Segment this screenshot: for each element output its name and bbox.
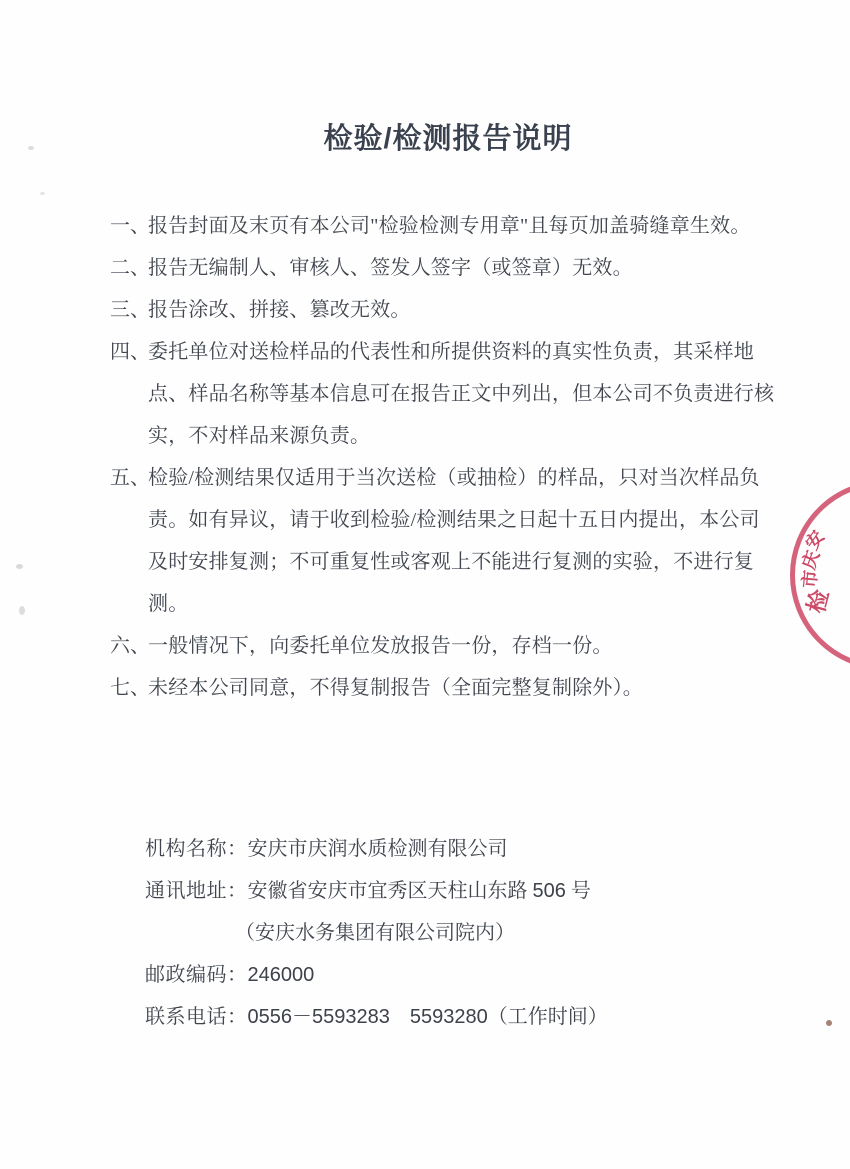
item-text: 一般情况下，向委托单位发放报告一份，存档一份。 [148,625,810,667]
postal-code-value: 246000 [248,964,315,986]
scan-speck [40,192,45,195]
address-street-number: 506 [533,880,566,902]
list-item: 三、 报告涂改、拼接、篡改无效。 [0,289,810,331]
scan-speck [19,606,25,615]
item-number: 一、 [110,205,150,247]
phone-hours-note: （工作时间） [488,1006,608,1028]
item-number: 七、 [110,667,150,709]
item-text: 测。 [148,583,810,625]
item-text: 报告封面及末页有本公司"检验检测专用章"且每页加盖骑缝章生效。 [148,205,810,247]
scan-speck [28,146,34,150]
postal-line: 邮政编码：246000 [145,954,795,996]
phone-line: 联系电话：0556－5593283 5593280（工作时间） [145,996,795,1038]
scan-speck [16,564,23,569]
list-item: 六、 一般情况下，向委托单位发放报告一份，存档一份。 [0,625,810,667]
phone-label: 联系电话： [145,1006,248,1028]
item-text: 委托单位对送检样品的代表性和所提供资料的真实性负责，其采样地 [148,331,810,373]
seal-character: 市 [800,569,820,589]
report-notes-page: 检验/检测报告说明 一、 报告封面及末页有本公司"检验检测专用章"且每页加盖骑缝… [0,0,850,1169]
item-number: 三、 [110,289,150,331]
org-name-label: 机构名称： [145,838,248,860]
address-value: 安徽省安庆市宜秀区天柱山东路 [248,880,533,902]
item-text: 检验/检测结果仅适用于当次送检（或抽检）的样品，只对当次样品负 [148,457,810,499]
scan-speck [826,1020,832,1026]
list-item: 四、 委托单位对送检样品的代表性和所提供资料的真实性负责，其采样地 点、样品名称… [0,331,810,457]
item-number: 五、 [110,457,150,499]
address-suffix: 号 [566,880,591,902]
list-item: 五、 检验/检测结果仅适用于当次送检（或抽检）的样品，只对当次样品负 责。如有异… [0,457,810,625]
item-text: 实，不对样品来源负责。 [148,415,810,457]
contact-block: 机构名称：安庆市庆润水质检测有限公司 通讯地址：安徽省安庆市宜秀区天柱山东路 5… [145,828,795,1038]
list-item: 一、 报告封面及末页有本公司"检验检测专用章"且每页加盖骑缝章生效。 [0,205,810,247]
address-label: 通讯地址： [145,880,248,902]
item-number: 六、 [110,625,150,667]
item-text: 点、样品名称等基本信息可在报告正文中列出，但本公司不负责进行核 [148,373,810,415]
list-item: 二、 报告无编制人、审核人、签发人签字（或签章）无效。 [0,247,810,289]
address-line: 通讯地址：安徽省安庆市宜秀区天柱山东路 506 号 [145,870,795,912]
list-item: 七、 未经本公司同意，不得复制报告（全面完整复制除外）。 [0,667,810,709]
postal-label: 邮政编码： [145,964,248,986]
item-text: 未经本公司同意，不得复制报告（全面完整复制除外）。 [148,667,810,709]
item-text: 责。如有异议，请于收到检验/检测结果之日起十五日内提出，本公司 [148,499,810,541]
address-line2-value: （安庆水务集团有限公司院内） [235,922,515,944]
page-title: 检验/检测报告说明 [23,116,850,157]
phone-numbers: 0556－5593283 5593280 [248,1006,488,1028]
item-number: 二、 [110,247,150,289]
notes-list: 一、 报告封面及末页有本公司"检验检测专用章"且每页加盖骑缝章生效。 二、 报告… [0,205,810,709]
org-name-line: 机构名称：安庆市庆润水质检测有限公司 [145,828,795,870]
item-text: 及时安排复测；不可重复性或客观上不能进行复测的实验，不进行复 [148,541,810,583]
org-name-value: 安庆市庆润水质检测有限公司 [248,838,508,860]
item-text: 报告涂改、拼接、篡改无效。 [148,289,810,331]
item-text: 报告无编制人、审核人、签发人签字（或签章）无效。 [148,247,810,289]
address-line2: （安庆水务集团有限公司院内） [145,912,795,954]
item-number: 四、 [110,331,150,373]
